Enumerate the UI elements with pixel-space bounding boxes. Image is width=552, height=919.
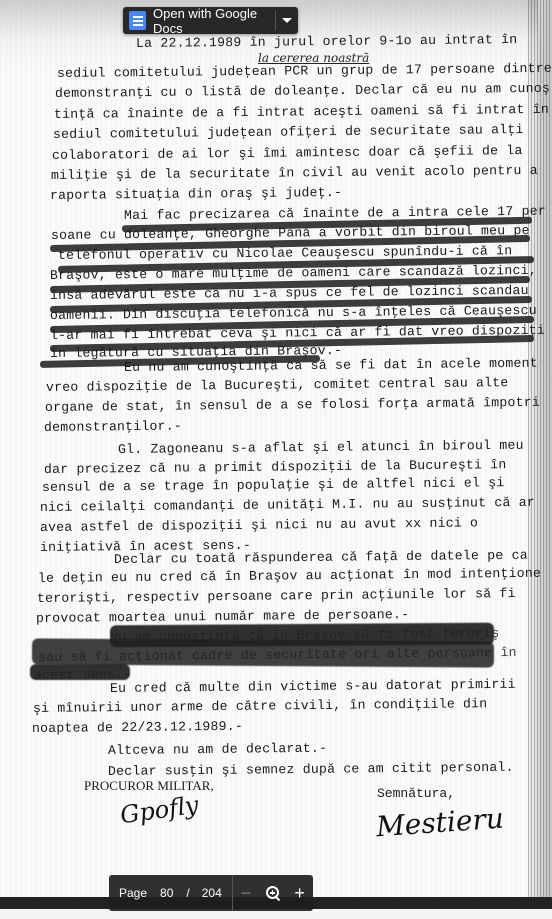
doc-line-5: sediul comitetului judeţean ofiţeri de s… (53, 122, 524, 142)
witness-signature: Mestieru (375, 802, 505, 844)
doc-line-28: le deţin eu nu cred că în Braşov au acţi… (38, 566, 541, 586)
zoom-in-button[interactable]: + (286, 875, 313, 911)
plus-icon: + (294, 883, 305, 904)
open-with-label: Open with Google Docs (153, 6, 275, 36)
open-with-dropdown-button[interactable] (276, 7, 298, 34)
zoom-out-button[interactable]: − (233, 875, 260, 911)
doc-line-21: Gl. Zagoneanu s-a aflat şi el atunci în … (118, 438, 524, 457)
doc-line-4: tinţă ca înainte de a fi intrat aceşti o… (54, 102, 549, 122)
current-page-input[interactable]: 80 (160, 886, 173, 900)
page-label: Page (119, 886, 147, 900)
document-page: La 22.12.1989 în jurul orelor 9-1o au in… (0, 0, 552, 897)
page-separator: / (186, 886, 189, 900)
signature-label: Semnătura, (377, 786, 455, 801)
doc-line-29: terorişti, respectiv persoane care prin … (37, 586, 516, 606)
doc-line-6: colaboratori de ai lor şi îmi amintesc d… (52, 143, 523, 163)
scan-edge-shadow (528, 0, 552, 897)
zoom-reset-button[interactable] (259, 875, 286, 911)
doc-line-38: Declar susţin şi semnez după ce am citit… (108, 760, 514, 779)
doc-line-35: şi mînuirii unor arme de către civili, î… (33, 696, 488, 716)
doc-line-34: Eu cred că multe din victime s-au datora… (110, 677, 516, 696)
doc-line-24: nici ceilalţi comandanţi de unităţi M.I.… (40, 495, 535, 515)
doc-line-22: dar precizez că nu a primit dispoziţii d… (44, 457, 507, 477)
doc-line-3: demonstranţi cu o listă de doleanţe. Dec… (55, 81, 550, 101)
doc-line-2: sediul comitetului judeţean PCR un grup … (57, 61, 552, 81)
minus-icon: − (241, 883, 252, 904)
prosecutor-signature: Gpofly (118, 791, 200, 830)
doc-line-19: organe de stat, în sensul de a se folosi… (45, 395, 540, 415)
total-pages: 204 (202, 886, 222, 900)
zoom-magnifier-icon (266, 886, 280, 900)
doc-line-37: Altceva nu am de declarat.- (108, 741, 327, 758)
doc-line-25: avea astfel de dispoziţii şi nici nu au … (40, 515, 478, 535)
doc-line-27: Declar cu toată răspunderea că faţă de d… (114, 548, 528, 567)
open-with-google-docs-button[interactable]: Open with Google Docs (123, 7, 298, 34)
doc-line-20: demonstranţilor.- (44, 419, 182, 435)
google-docs-icon (129, 11, 146, 30)
doc-line-18: vreo dispoziţie de la Bucureşti, comitet… (46, 375, 509, 395)
doc-line-7: miliţie şi de la securitate în civil au … (51, 163, 538, 183)
doc-line-36: noaptea de 22/23.12.1989.- (32, 719, 243, 736)
doc-line-17: Eu nu am cunoştinţă ca să se fi dat în a… (124, 356, 538, 375)
redaction-block (30, 664, 130, 680)
page-zoom-controls: Page 80 / 204 − + (109, 875, 313, 911)
doc-line-8: raporta situaţia din oraş şi judeţ.- (50, 185, 342, 203)
caret-down-icon (282, 18, 292, 23)
doc-line-23: sensul de a se trage în populaţie şi de … (42, 475, 505, 495)
